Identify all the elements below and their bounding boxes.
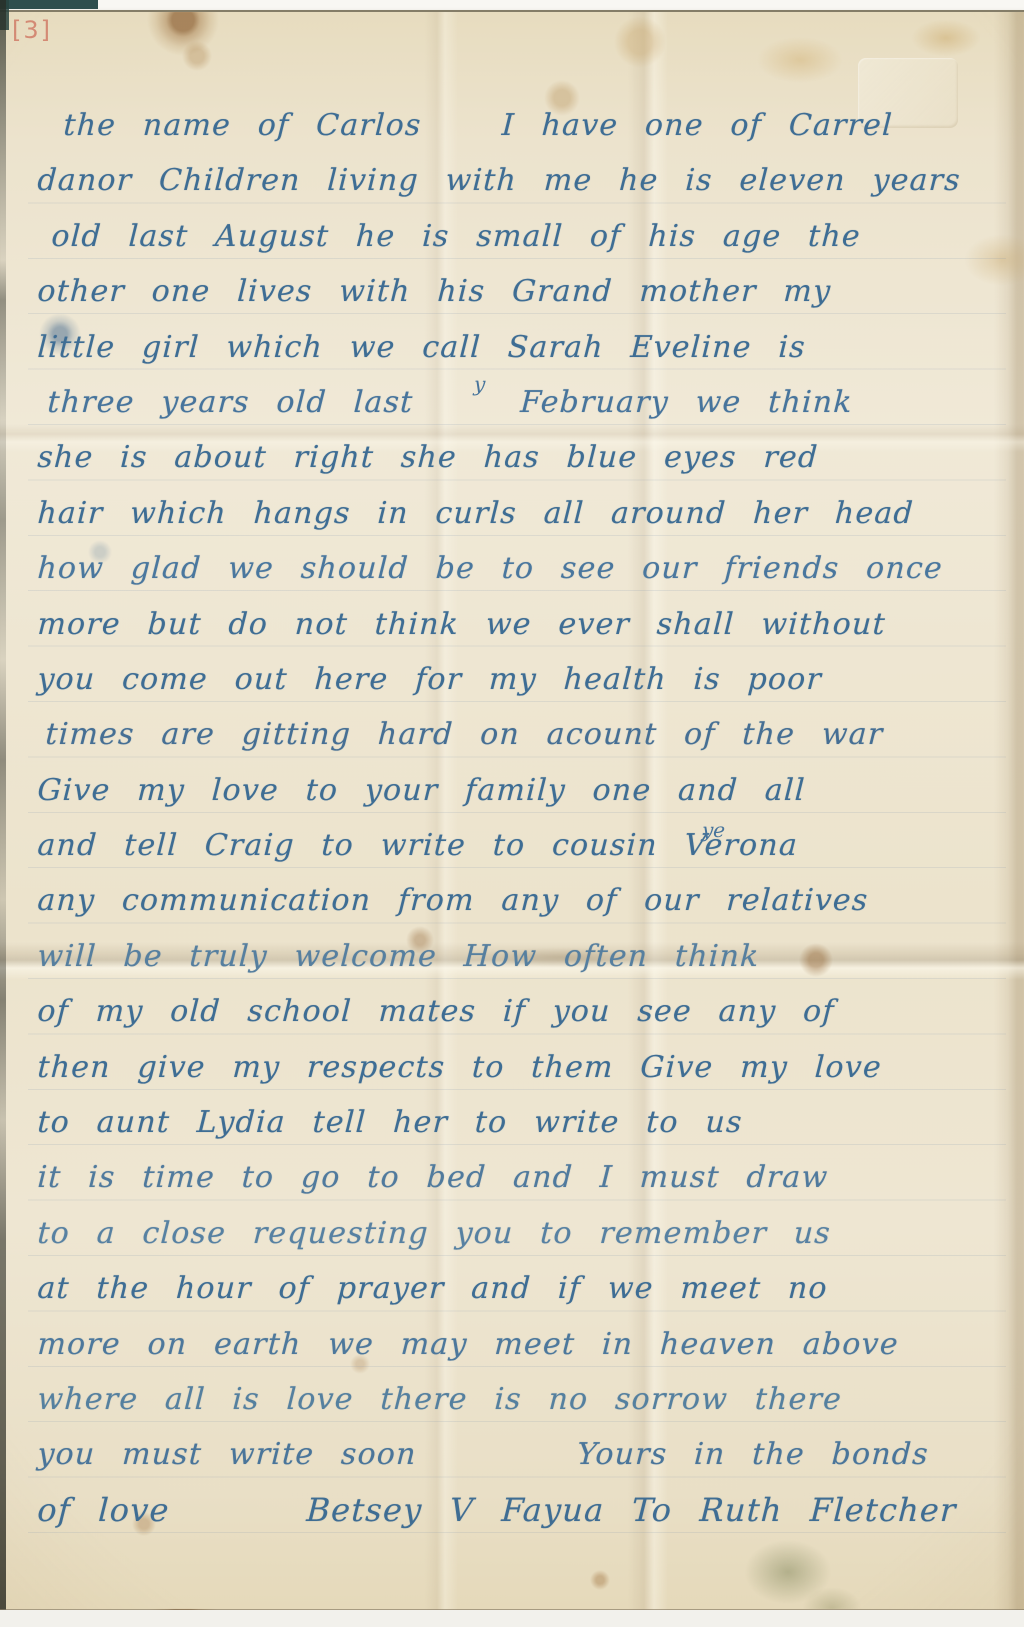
scanner-edge-strip: [0, 0, 98, 9]
inserted-correction-february: y: [473, 372, 486, 396]
letter-line: where all is love there is no sorrow the…: [36, 1372, 1013, 1427]
letter-line: old last August he is small of his age t…: [36, 209, 1013, 264]
scanner-left-edge: [0, 0, 6, 1627]
letter-line: at the hour of prayer and if we meet no: [36, 1261, 1013, 1316]
letter-line: will be truly welcome How often think: [36, 929, 1013, 984]
letter-line: you come out here for my health is poor: [36, 652, 1013, 707]
letter-line: of my old school mates if you see any of: [36, 984, 1013, 1039]
letter-line: any communication from any of our relati…: [36, 873, 1013, 928]
page-number-marker: [3]: [12, 16, 52, 44]
letter-line: it is time to go to bed and I must draw: [36, 1150, 1013, 1205]
handwritten-text: the name of Carlos I have one of Carrel …: [36, 98, 1010, 1538]
letter-scan: [3] the name of Carlos I have one of Car…: [0, 0, 1024, 1627]
letter-line: more on earth we may meet in heaven abov…: [36, 1317, 1013, 1372]
letter-line: more but do not think we ever shall with…: [36, 597, 1013, 652]
letter-line: other one lives with his Grand mother my: [36, 264, 1013, 319]
letter-line: you must write soon Yours in the bonds: [36, 1427, 1013, 1482]
scanner-background-bottom: [0, 1610, 1024, 1627]
letter-line: how glad we should be to see our friends…: [36, 541, 1013, 596]
letter-line: Give my love to your family one and all: [36, 763, 1013, 818]
letter-line: danor Children living with me he is elev…: [36, 153, 1013, 208]
letter-line signature-line: of love Betsey V Fayua To Ruth Fletcher: [36, 1483, 1013, 1538]
letter-line: the name of Carlos I have one of Carrel: [36, 98, 1013, 153]
letter-line: to aunt Lydia tell her to write to us: [36, 1095, 1013, 1150]
letter-paper: [3] the name of Carlos I have one of Car…: [0, 10, 1024, 1610]
letter-line: she is about right she has blue eyes red: [36, 430, 1013, 485]
letter-line: three years old last February we think: [36, 375, 1013, 430]
letter-line: then give my respects to them Give my lo…: [36, 1040, 1013, 1095]
letter-line: times are gitting hard on acount of the …: [36, 707, 1013, 762]
letter-line: hair which hangs in curls all around her…: [36, 486, 1013, 541]
inserted-correction-verona: ye: [701, 818, 726, 842]
letter-line: and tell Craig to write to cousin Verona: [36, 818, 1013, 873]
letter-line: to a close requesting you to remember us: [36, 1206, 1013, 1261]
letter-line: little girl which we call Sarah Eveline …: [36, 320, 1013, 375]
